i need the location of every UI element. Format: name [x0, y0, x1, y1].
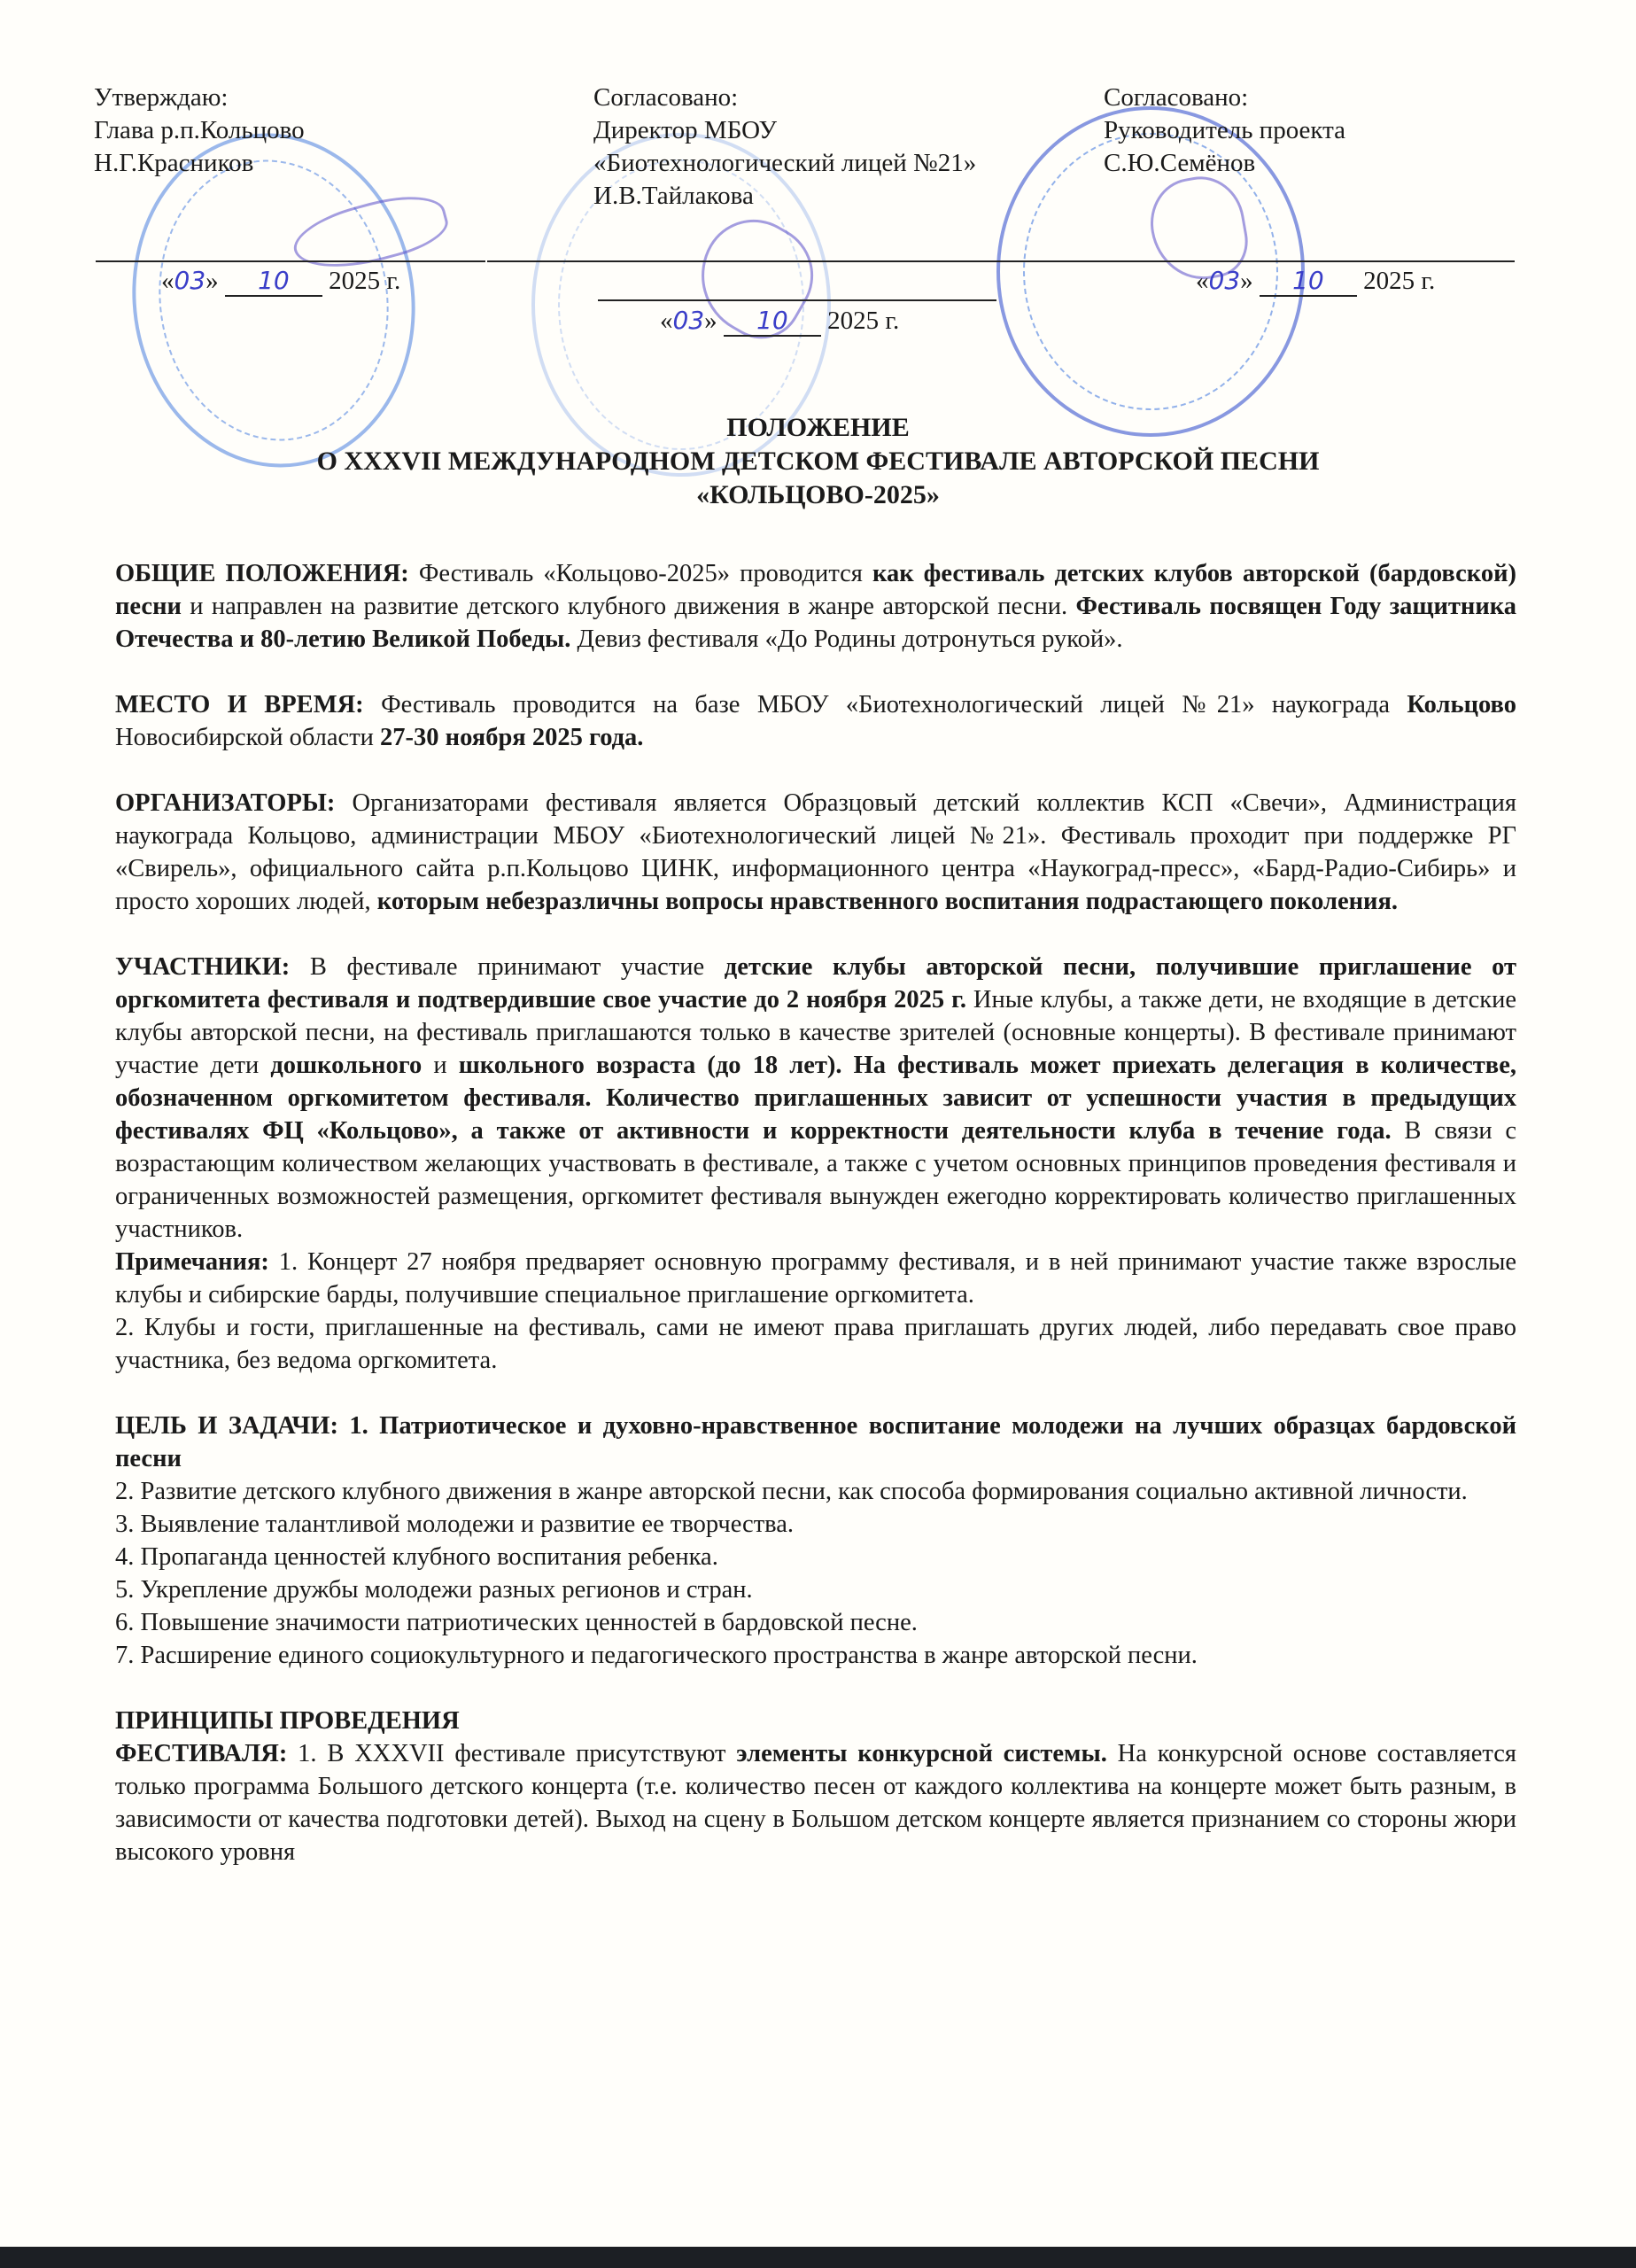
- agree-name: И.В.Тайлакова: [593, 180, 976, 213]
- goal-item: 6. Повышение значимости патриотических ц…: [115, 1606, 1516, 1639]
- text-bold: дошкольного: [270, 1052, 422, 1079]
- project-agreement-block: Согласовано: Руководитель проекта С.Ю.Се…: [1104, 82, 1345, 180]
- title-line-3: «КОЛЬЦОВО-2025»: [0, 478, 1636, 512]
- date-day: 03: [1209, 266, 1241, 295]
- section-heading: ПРИНЦИПЫ ПРОВЕДЕНИЯ: [115, 1707, 460, 1735]
- date-day: 03: [673, 306, 705, 335]
- participants-notes: Примечания: 1. Концерт 27 ноября предвар…: [115, 1246, 1516, 1311]
- note-2: 2. Клубы и гости, приглашенные на фестив…: [115, 1311, 1516, 1377]
- text-bold: 27-30 ноября 2025 года.: [380, 724, 643, 751]
- text: Фестиваль проводится на базе МБОУ «Биоте…: [364, 691, 1407, 718]
- agree-position: Директор МБОУ: [593, 114, 976, 147]
- text: Новосибирской области: [115, 724, 380, 751]
- date-month: 10: [724, 306, 821, 337]
- document-page: Утверждаю: Глава р.п.Кольцово Н.Г.Красни…: [0, 0, 1636, 2247]
- goal-item: 5. Укрепление дружбы молодежи разных рег…: [115, 1573, 1516, 1606]
- goal-item: 3. Выявление талантливой молодежи и разв…: [115, 1508, 1516, 1541]
- agree-org: «Биотехнологический лицей №21»: [593, 147, 976, 180]
- text-bold: элементы конкурсной системы.: [736, 1740, 1107, 1767]
- section-organizers: ОРГАНИЗАТОРЫ: Организаторами фестиваля я…: [115, 787, 1516, 918]
- signature-line: [96, 260, 485, 262]
- agree-position: Руководитель проекта: [1104, 114, 1345, 147]
- text: Девиз фестиваля «До Родины дотронуться р…: [570, 625, 1122, 653]
- section-principles-heading: ПРИНЦИПЫ ПРОВЕДЕНИЯ: [115, 1705, 1516, 1737]
- document-title: ПОЛОЖЕНИЕ О XXXVII МЕЖДУНАРОДНОМ ДЕТСКОМ…: [0, 411, 1636, 512]
- title-line-2: О XXXVII МЕЖДУНАРОДНОМ ДЕТСКОМ ФЕСТИВАЛЕ…: [0, 445, 1636, 478]
- text: В фестивале принимают участие: [290, 953, 725, 981]
- signature-line: [1107, 260, 1515, 262]
- section-heading: ОБЩИЕ ПОЛОЖЕНИЯ:: [115, 560, 409, 587]
- text-bold: Кольцово: [1407, 691, 1516, 718]
- date-day: 03: [174, 266, 206, 295]
- signature-line: [598, 299, 996, 301]
- goal-item: 4. Пропаганда ценностей клубного воспита…: [115, 1541, 1516, 1573]
- approval-block: Утверждаю: Глава р.п.Кольцово Н.Г.Красни…: [94, 82, 305, 180]
- section-goals: ЦЕЛЬ И ЗАДАЧИ: 1. Патриотическое и духов…: [115, 1410, 1516, 1475]
- agree-label: Согласовано:: [593, 82, 976, 114]
- text-bold: которым небезразличны вопросы нравственн…: [377, 888, 1398, 915]
- text: и: [422, 1052, 458, 1079]
- date-year: 2025 г.: [1363, 267, 1435, 295]
- section-heading: ЦЕЛЬ И ЗАДАЧИ:: [115, 1412, 338, 1440]
- school-agreement-block: Согласовано: Директор МБОУ «Биотехнологи…: [593, 82, 976, 213]
- section-heading-2: ФЕСТИВАЛЯ:: [115, 1740, 287, 1767]
- section-heading: ОРГАНИЗАТОРЫ:: [115, 789, 335, 817]
- section-place-time: МЕСТО И ВРЕМЯ: Фестиваль проводится на б…: [115, 688, 1516, 754]
- notes-heading: Примечания:: [115, 1248, 269, 1276]
- date-year: 2025 г.: [827, 307, 899, 335]
- section-general: ОБЩИЕ ПОЛОЖЕНИЯ: Фестиваль «Кольцово-202…: [115, 557, 1516, 656]
- goal-item: 7. Расширение единого социокультурного и…: [115, 1639, 1516, 1672]
- scanner-edge: [0, 2247, 1636, 2268]
- text: 1. В XXXVII фестивале присутствуют: [287, 1740, 736, 1767]
- text: Фестиваль «Кольцово-2025» проводится: [409, 560, 872, 587]
- title-line-1: ПОЛОЖЕНИЕ: [0, 411, 1636, 445]
- goal-item: 2. Развитие детского клубного движения в…: [115, 1475, 1516, 1508]
- date-month: 10: [1260, 266, 1357, 297]
- agree-name: С.Ю.Семёнов: [1104, 147, 1345, 180]
- note-1: 1. Концерт 27 ноября предваряет основную…: [115, 1248, 1516, 1309]
- section-heading: МЕСТО И ВРЕМЯ:: [115, 691, 364, 718]
- section-heading: УЧАСТНИКИ:: [115, 953, 290, 981]
- agree-project-date: «03» 10 2025 г.: [1196, 266, 1435, 297]
- approve-date: «03» 10 2025 г.: [161, 266, 400, 297]
- text: и направлен на развитие детского клубног…: [182, 593, 1076, 620]
- document-body: ОБЩИЕ ПОЛОЖЕНИЯ: Фестиваль «Кольцово-202…: [115, 557, 1516, 1868]
- date-year: 2025 г.: [329, 267, 400, 295]
- section-principles: ФЕСТИВАЛЯ: 1. В XXXVII фестивале присутс…: [115, 1737, 1516, 1868]
- approve-name: Н.Г.Красников: [94, 147, 305, 180]
- approve-label: Утверждаю:: [94, 82, 305, 114]
- date-month: 10: [225, 266, 322, 297]
- agree-school-date: «03» 10 2025 г.: [660, 306, 899, 337]
- section-participants: УЧАСТНИКИ: В фестивале принимают участие…: [115, 951, 1516, 1246]
- agree-label: Согласовано:: [1104, 82, 1345, 114]
- approve-position: Глава р.п.Кольцово: [94, 114, 305, 147]
